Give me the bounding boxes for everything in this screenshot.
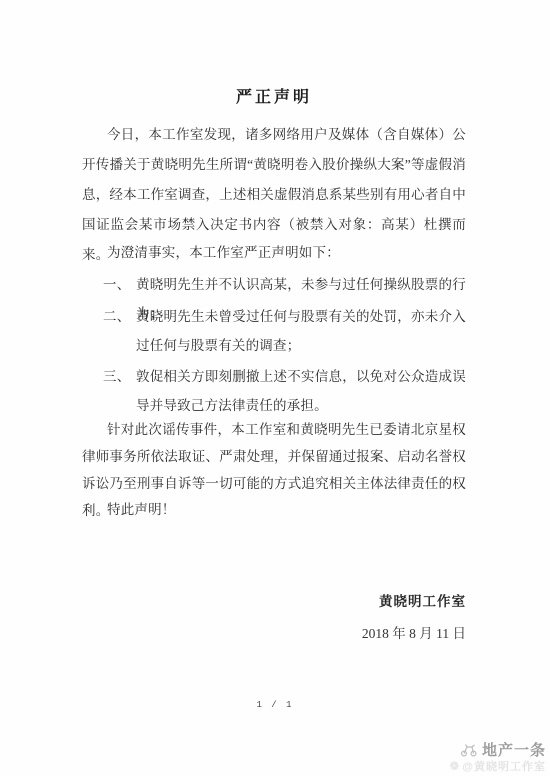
item-2-number: 二、 — [103, 302, 136, 360]
signature: 黄晓明工作室 — [82, 590, 494, 610]
watermark-brand: 地产一条 — [482, 739, 546, 760]
item-3-text: 敦促相关方即刻删撤上述不实信息，以免对公众造成误导并导致己方法律责任的承担。 — [136, 362, 466, 420]
watermark: 地产一条 ❁ @黄晓明工作室 — [396, 739, 546, 774]
statement-item-3: 三、 敦促相关方即刻删撤上述不实信息，以免对公众造成误导并导致己方法律责任的承担… — [82, 362, 466, 420]
page-number: 1 / 1 — [0, 700, 550, 710]
item-3-number: 三、 — [103, 362, 136, 420]
item-2-text: 黄晓明先生未曾受过任何与股票有关的处罚，亦未介入过任何与股票有关的调查； — [136, 302, 466, 360]
statement-item-2: 二、 黄晓明先生未曾受过任何与股票有关的处罚，亦未介入过任何与股票有关的调查； — [82, 302, 466, 360]
statement-document-page: 严正声明 今日，本工作室发现，诸多网络用户及媒体（含自媒体）公开传播关于黄晓明先… — [0, 0, 550, 776]
lead-in-paragraph: 为澄清事实，本工作室严正声明如下： — [82, 238, 466, 268]
rickshaw-icon — [460, 742, 478, 757]
watermark-handle: @黄晓明工作室 — [462, 758, 546, 774]
rosette-icon: ❁ — [449, 760, 459, 772]
declaration-line: 特此声明！ — [82, 495, 466, 525]
signature-date: 2018 年 8 月 11 日 — [82, 622, 479, 642]
document-title: 严正声明 — [82, 84, 466, 107]
